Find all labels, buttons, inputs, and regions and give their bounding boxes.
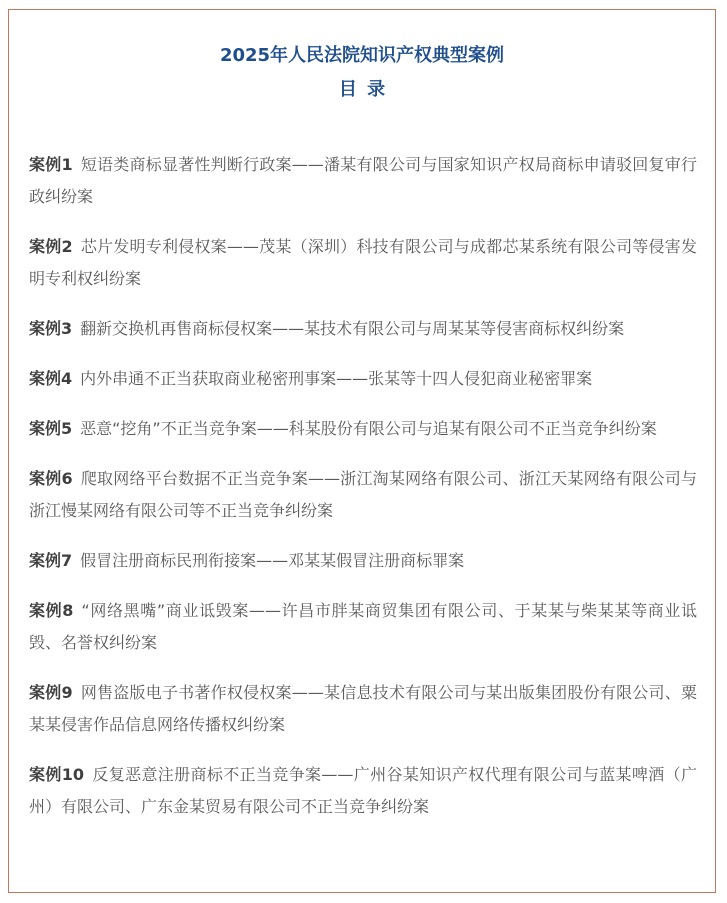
case-list: 案例1短语类商标显著性判断行政案——潘某有限公司与国家知识产权局商标申请驳回复审… — [29, 149, 697, 841]
case-title: 网售盗版电子书著作权侵权案——某信息技术有限公司与某出版集团股份有限公司、粟某某… — [29, 683, 697, 734]
case-label: 案例4 — [29, 369, 72, 388]
case-title: 芯片发明专利侵权案——茂某（深圳）科技有限公司与成都芯某系统有限公司等侵害发明专… — [29, 237, 697, 288]
case-title: 爬取网络平台数据不正当竞争案——浙江淘某网络有限公司、浙江天某网络有限公司与浙江… — [29, 469, 697, 520]
case-title: 短语类商标显著性判断行政案——潘某有限公司与国家知识产权局商标申请驳回复审行政纠… — [29, 155, 697, 206]
case-item-5: 案例5恶意“挖角”不正当竞争案——科某股份有限公司与追某有限公司不正当竞争纠纷案 — [29, 413, 697, 445]
document-title: 2025年人民法院知识产权典型案例 — [9, 44, 715, 68]
case-label: 案例1 — [29, 155, 73, 174]
case-label: 案例6 — [29, 469, 73, 488]
case-item-6: 案例6爬取网络平台数据不正当竞争案——浙江淘某网络有限公司、浙江天某网络有限公司… — [29, 463, 697, 527]
case-item-8: 案例8“网络黑嘴”商业诋毁案——许昌市胖某商贸集团有限公司、于某某与柴某某等商业… — [29, 595, 697, 659]
case-item-10: 案例10反复恶意注册商标不正当竞争案——广州谷某知识产权代理有限公司与蓝某啤酒（… — [29, 759, 697, 823]
case-label: 案例9 — [29, 683, 73, 702]
case-item-3: 案例3翻新交换机再售商标侵权案——某技术有限公司与周某某等侵害商标权纠纷案 — [29, 313, 697, 345]
table-of-contents-heading: 目 录 — [9, 78, 715, 102]
case-item-4: 案例4内外串通不正当获取商业秘密刑事案——张某等十四人侵犯商业秘密罪案 — [29, 363, 697, 395]
case-title: 内外串通不正当获取商业秘密刑事案——张某等十四人侵犯商业秘密罪案 — [80, 369, 592, 388]
case-label: 案例8 — [29, 601, 73, 620]
document-frame: 2025年人民法院知识产权典型案例 目 录 案例1短语类商标显著性判断行政案——… — [8, 9, 716, 893]
case-title: “网络黑嘴”商业诋毁案——许昌市胖某商贸集团有限公司、于某某与柴某某等商业诋毁、… — [29, 601, 697, 652]
case-label: 案例7 — [29, 551, 72, 570]
case-label: 案例2 — [29, 237, 73, 256]
case-item-9: 案例9网售盗版电子书著作权侵权案——某信息技术有限公司与某出版集团股份有限公司、… — [29, 677, 697, 741]
case-label: 案例3 — [29, 319, 72, 338]
case-item-1: 案例1短语类商标显著性判断行政案——潘某有限公司与国家知识产权局商标申请驳回复审… — [29, 149, 697, 213]
case-title: 反复恶意注册商标不正当竞争案——广州谷某知识产权代理有限公司与蓝某啤酒（广州）有… — [29, 765, 697, 816]
case-title: 恶意“挖角”不正当竞争案——科某股份有限公司与追某有限公司不正当竞争纠纷案 — [80, 419, 657, 438]
case-item-7: 案例7假冒注册商标民刑衔接案——邓某某假冒注册商标罪案 — [29, 545, 697, 577]
case-label: 案例5 — [29, 419, 72, 438]
case-label: 案例10 — [29, 765, 84, 784]
case-item-2: 案例2芯片发明专利侵权案——茂某（深圳）科技有限公司与成都芯某系统有限公司等侵害… — [29, 231, 697, 295]
case-title: 假冒注册商标民刑衔接案——邓某某假冒注册商标罪案 — [80, 551, 464, 570]
case-title: 翻新交换机再售商标侵权案——某技术有限公司与周某某等侵害商标权纠纷案 — [80, 319, 624, 338]
